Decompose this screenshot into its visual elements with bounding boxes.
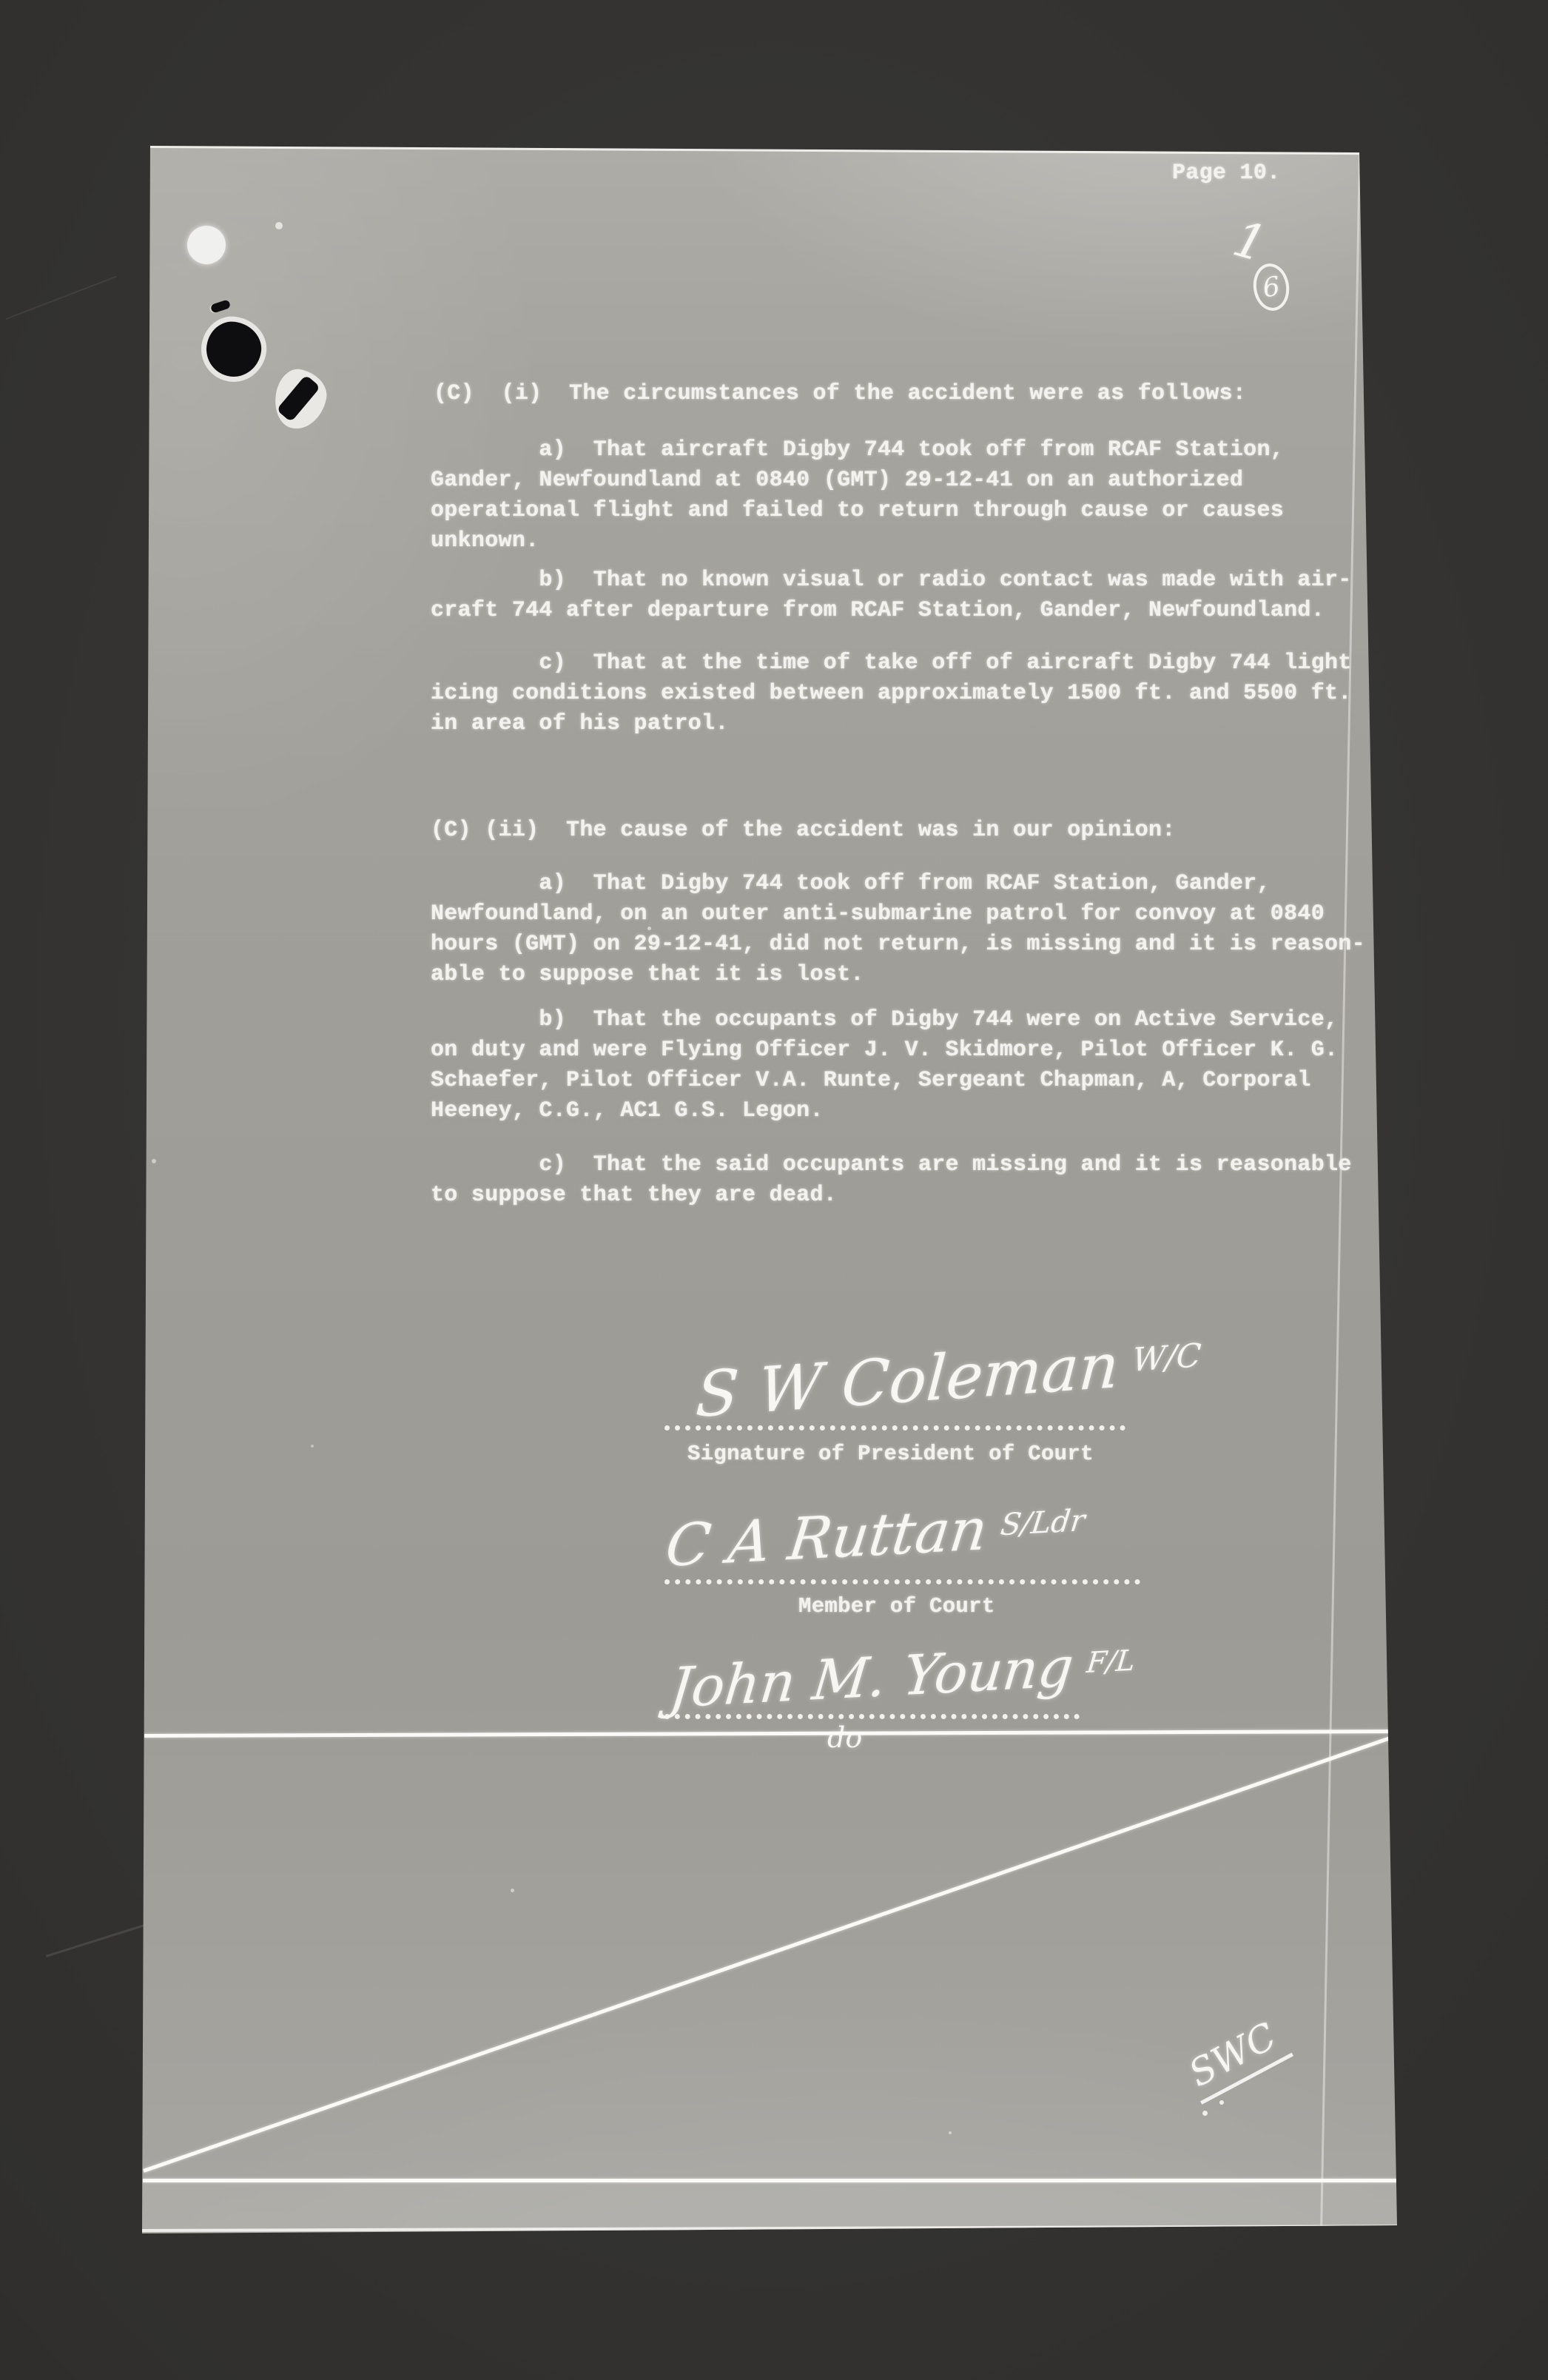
signature-member-2: John M. YoungF/L [667, 1632, 1138, 1721]
body-paragraph: b) That no known visual or radio contact… [431, 565, 1352, 626]
signature-script: S W Coleman [693, 1329, 1121, 1432]
torn-hole-large [197, 312, 270, 386]
section-heading: (C) (i) The circumstances of the acciden… [434, 379, 1246, 409]
page-edge-highlight-top [150, 146, 1360, 155]
page-number: Page 10. [1172, 158, 1280, 189]
body-paragraph: a) That aircraft Digby 744 took off from… [431, 435, 1284, 557]
signature-script: John M. Young [667, 1636, 1077, 1721]
signature-rank: S/Ldr [999, 1502, 1087, 1542]
photo-background: Page 10. 1 6 (C) (i) The circumstances o… [0, 0, 1548, 2380]
signature-caption: Signature of President of Court [687, 1439, 1094, 1469]
signature-rank: F/L [1085, 1644, 1137, 1680]
body-paragraph: c) That at the time of take off of aircr… [431, 648, 1352, 739]
cancel-line-diagonal [143, 1735, 1396, 2173]
paper-speck [949, 2131, 952, 2134]
punch-hole-white [187, 226, 226, 264]
body-paragraph: b) That the occupants of Digby 744 were … [431, 1005, 1338, 1126]
torn-nick [210, 299, 231, 313]
paper-speck [511, 1889, 514, 1892]
handwritten-ditto: do [827, 1721, 862, 1754]
torn-fragment [269, 366, 331, 434]
section-heading: (C) (ii) The cause of the accident was i… [431, 816, 1176, 846]
signature-script: C A Ruttan [662, 1496, 992, 1580]
cancel-line-bottom [143, 2179, 1399, 2182]
signature-rank: W/C [1131, 1337, 1202, 1379]
signature-line [664, 1714, 1080, 1719]
paper-speck [311, 1445, 314, 1448]
background-scratch [6, 276, 117, 320]
paper-speck [275, 222, 283, 229]
signature-line [664, 1425, 1125, 1431]
ink-dot [1202, 2111, 1208, 2116]
corner-monogram: SWC [1178, 2011, 1293, 2105]
paper-speck [647, 927, 651, 930]
signature-member: C A RuttanS/Ldr [662, 1491, 1088, 1580]
signature-caption: Member of Court [798, 1591, 995, 1621]
ink-dot [1219, 2100, 1224, 2105]
body-paragraph: c) That the said occupants are missing a… [431, 1150, 1352, 1211]
signature-president: S W ColemanW/C [693, 1323, 1203, 1431]
paper-speck [1111, 668, 1114, 670]
document-page: Page 10. 1 6 (C) (i) The circumstances o… [0, 0, 1548, 2380]
handwritten-index-denominator: 6 [1261, 271, 1282, 303]
paper-speck [152, 1159, 156, 1163]
signature-line [664, 1579, 1140, 1584]
body-paragraph: a) That Digby 744 took off from RCAF Sta… [431, 869, 1365, 990]
torn-hole-small [276, 374, 320, 422]
cancel-line-top [144, 1729, 1396, 1738]
